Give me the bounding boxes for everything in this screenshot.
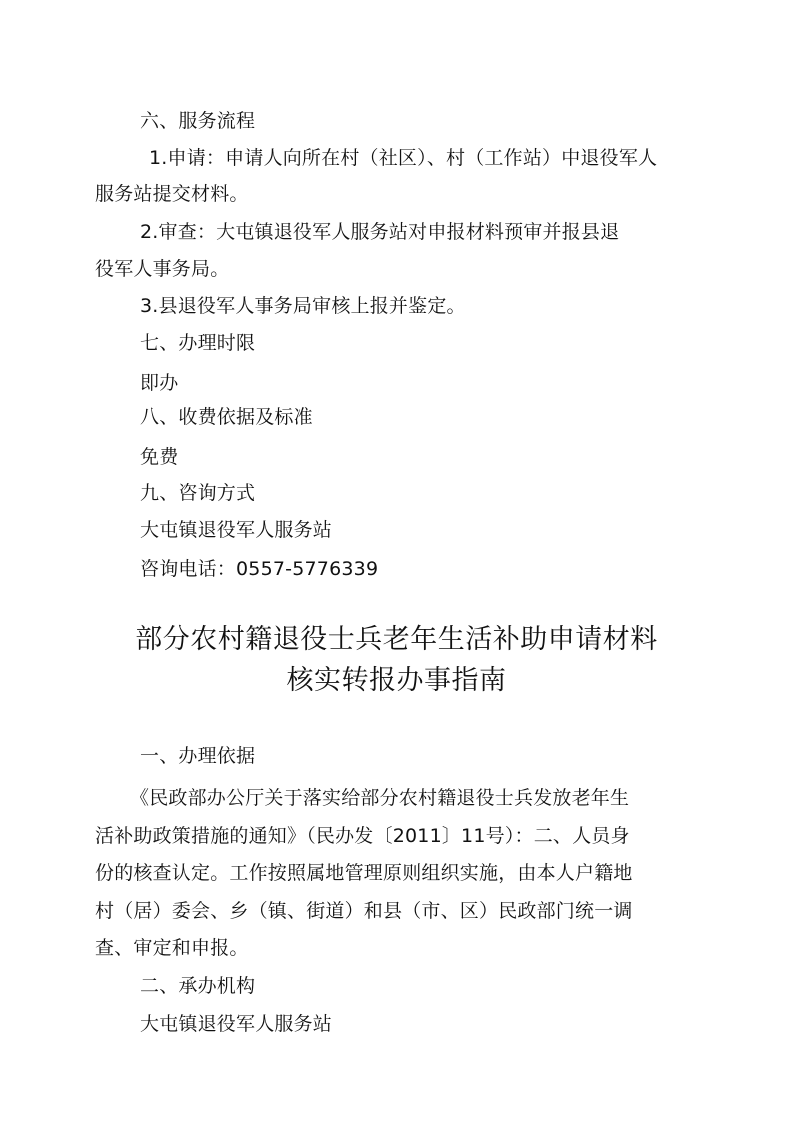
basis-paragraph-line: 查、审定和申报。: [95, 936, 249, 960]
fees-value: 免费: [140, 445, 178, 469]
time-limit-value: 即办: [140, 371, 178, 395]
consultation-org: 大屯镇退役军人服务站: [140, 518, 332, 542]
guide-title-line-1: 部分农村籍退役士兵老年生活补助申请材料: [0, 622, 793, 658]
consultation-phone: 咨询电话：0557-5776339: [140, 557, 378, 581]
step-3-line-1: 3.县退役军人事务局审核上报并鉴定。: [140, 294, 466, 318]
step-2-line-2: 役军人事务局。: [95, 257, 229, 281]
section-heading-basis: 一、办理依据: [140, 744, 255, 768]
section-heading-time-limit: 七、办理时限: [140, 331, 255, 355]
basis-paragraph-line: 份的核查认定。工作按照属地管理原则组织实施，由本人户籍地: [95, 861, 633, 885]
section-heading-organization: 二、承办机构: [140, 974, 255, 998]
basis-paragraph-line: 村（居）委会、乡（镇、街道）和县（市、区）民政部门统一调: [95, 899, 633, 923]
guide-title-line-2: 核实转报办事指南: [0, 663, 793, 699]
basis-paragraph-line: 《民政部办公厅关于落实给部分农村籍退役士兵发放老年生: [130, 786, 629, 810]
basis-paragraph-line: 活补助政策措施的通知》（民办发〔2011〕11号）：二、人员身: [95, 824, 630, 848]
step-2-line-1: 2.审查：大屯镇退役军人服务站对申报材料预审并报县退: [140, 220, 619, 244]
section-heading-service-process: 六、服务流程: [140, 109, 255, 133]
step-1-line-1: 1.申请：申请人向所在村（社区）、村（工作站）中退役军人: [149, 146, 657, 170]
step-1-line-2: 服务站提交材料。: [95, 182, 249, 206]
section-heading-consultation: 九、咨询方式: [140, 481, 255, 505]
section-heading-fees: 八、收费依据及标准: [140, 405, 313, 429]
organization-value: 大屯镇退役军人服务站: [140, 1012, 332, 1036]
